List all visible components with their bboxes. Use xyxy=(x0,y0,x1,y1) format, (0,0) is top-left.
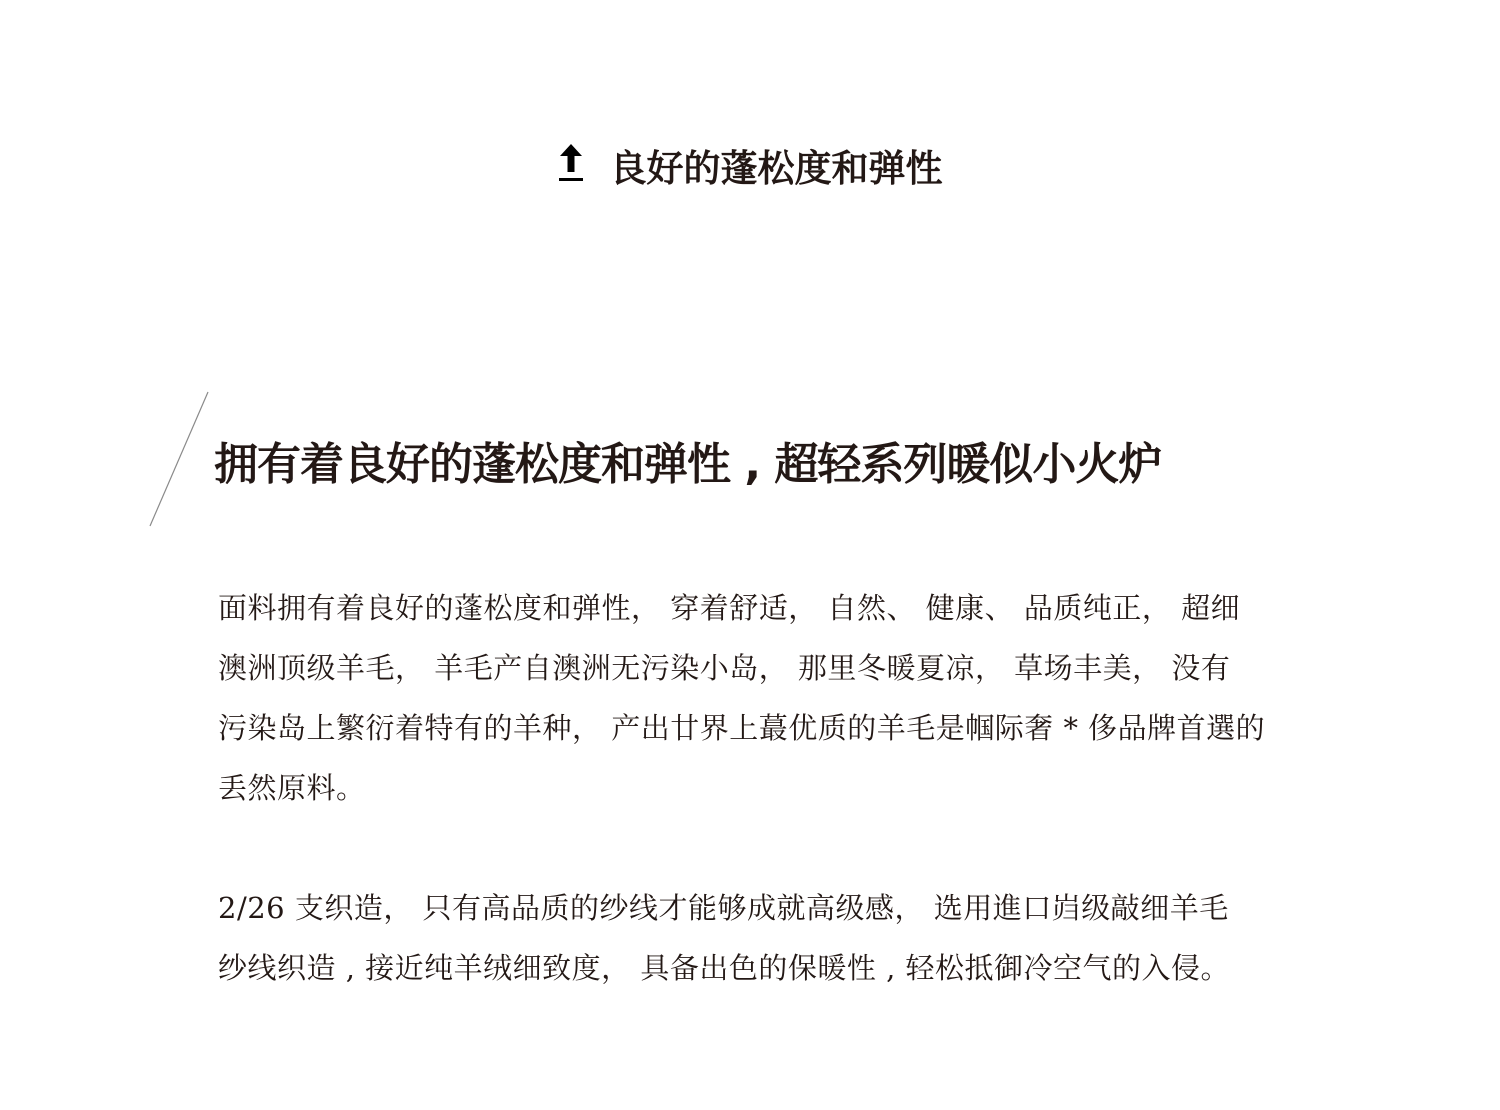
paragraph-line: 丢然原料。 xyxy=(218,758,1288,818)
paragraph-line: 污染岛上繁衍着特有的羊种， 产出廿界上蕞优质的羊毛是帼际奢 * 侈品牌首選的 xyxy=(218,698,1288,758)
description-paragraph-1: 面料拥有着良好的蓬松度和弹性， 穿着舒适， 自然、 健康、 品质纯正， 超细 澳… xyxy=(218,578,1288,818)
paragraph-line: 面料拥有着良好的蓬松度和弹性， 穿着舒适， 自然、 健康、 品质纯正， 超细 xyxy=(218,578,1288,638)
section-heading: 良好的蓬松度和弹性 xyxy=(0,138,1500,192)
section-heading-text: 良好的蓬松度和弹性 xyxy=(610,138,943,192)
description-paragraph-2: 2/26 支织造， 只有高品质的纱线才能够成就高级感， 选用進口岿级敲细羊毛 纱… xyxy=(218,878,1288,998)
paragraph-line: 澳洲顶级羊毛， 羊毛产自澳洲无污染小岛， 那里冬暖夏凉， 草场丰美， 没有 xyxy=(218,638,1288,698)
main-title: 拥有着良好的蓬松度和弹性 , 超轻系列暖似小火炉 xyxy=(214,428,1161,492)
paragraph-line: 纱线织造 , 接近纯羊绒细致度， 具备出色的保暖性 , 轻松抵御冷空气的入侵。 xyxy=(218,938,1288,998)
paragraph-line: 2/26 支织造， 只有高品质的纱线才能够成就高级感， 选用進口岿级敲细羊毛 xyxy=(218,878,1288,938)
upload-arrow-icon xyxy=(558,142,584,184)
